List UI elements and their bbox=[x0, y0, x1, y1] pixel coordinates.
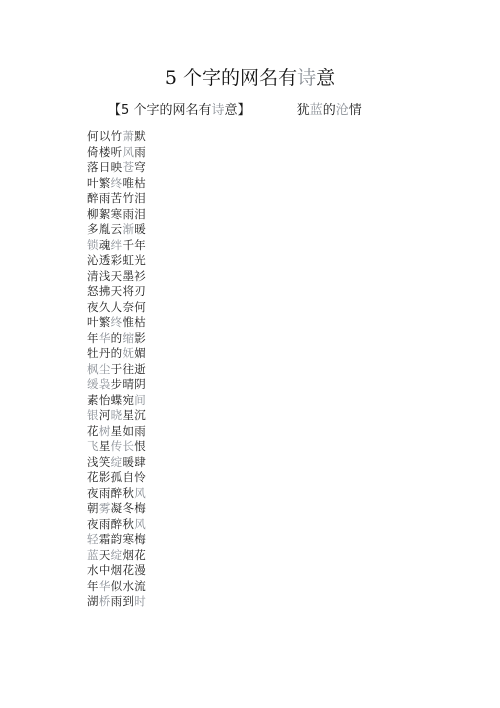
list-item: 年华似水流 bbox=[87, 579, 146, 595]
list-item: 叶繁终惟枯 bbox=[87, 315, 146, 331]
list-item: 年华的缩影 bbox=[87, 331, 146, 347]
list-item: 水中烟花漫 bbox=[87, 563, 146, 579]
list-item: 柳絮寒雨泪 bbox=[87, 207, 146, 223]
list-item: 醉雨苦竹泪 bbox=[87, 191, 146, 207]
list-item: 浅笑绽暖肆 bbox=[87, 455, 146, 471]
list-item: 花树星如雨 bbox=[87, 424, 146, 440]
subtitle-row: 【5 个字的网名有诗意】 犹蓝的沧情 bbox=[108, 101, 362, 121]
list-item: 叶繁终唯枯 bbox=[87, 176, 146, 192]
list-item: 蓝天绽烟花 bbox=[87, 548, 146, 564]
list-item: 沁透彩虹光 bbox=[87, 253, 146, 269]
list-item: 湖桥雨到时 bbox=[87, 594, 146, 610]
list-item: 多胤云渐暖 bbox=[87, 222, 146, 238]
list-item: 花影孤自怜 bbox=[87, 470, 146, 486]
list-item: 夜雨醉秋风 bbox=[87, 517, 146, 533]
list-item: 牡丹的妩媚 bbox=[87, 346, 146, 362]
name-list: 何以竹萧默倚楼听风雨落日映苍穹叶繁终唯枯醉雨苦竹泪柳絮寒雨泪多胤云渐暖锁魂绊千年… bbox=[87, 129, 146, 610]
list-item: 怒拂天将刃 bbox=[87, 284, 146, 300]
author-name: 犹蓝的沧情 bbox=[297, 101, 362, 121]
list-item: 枫尘于往逝 bbox=[87, 362, 146, 378]
page-title: 5 个字的网名有诗意 bbox=[0, 66, 500, 90]
list-item: 倚楼听风雨 bbox=[87, 145, 146, 161]
list-item: 何以竹萧默 bbox=[87, 129, 146, 145]
list-item: 夜久人奈何 bbox=[87, 300, 146, 316]
list-item: 夜雨醉秋风 bbox=[87, 486, 146, 502]
bracket-title: 【5 个字的网名有诗意】 bbox=[108, 101, 251, 121]
list-item: 飞星传长恨 bbox=[87, 439, 146, 455]
list-item: 银河晓星沉 bbox=[87, 408, 146, 424]
list-item: 素怡蝶宛间 bbox=[87, 393, 146, 409]
list-item: 清浅天墨衫 bbox=[87, 269, 146, 285]
list-item: 朝雾凝冬梅 bbox=[87, 501, 146, 517]
list-item: 轻霜韵寒梅 bbox=[87, 532, 146, 548]
list-item: 锁魂绊千年 bbox=[87, 238, 146, 254]
list-item: 落日映苍穹 bbox=[87, 160, 146, 176]
list-item: 缓袅步晴阴 bbox=[87, 377, 146, 393]
